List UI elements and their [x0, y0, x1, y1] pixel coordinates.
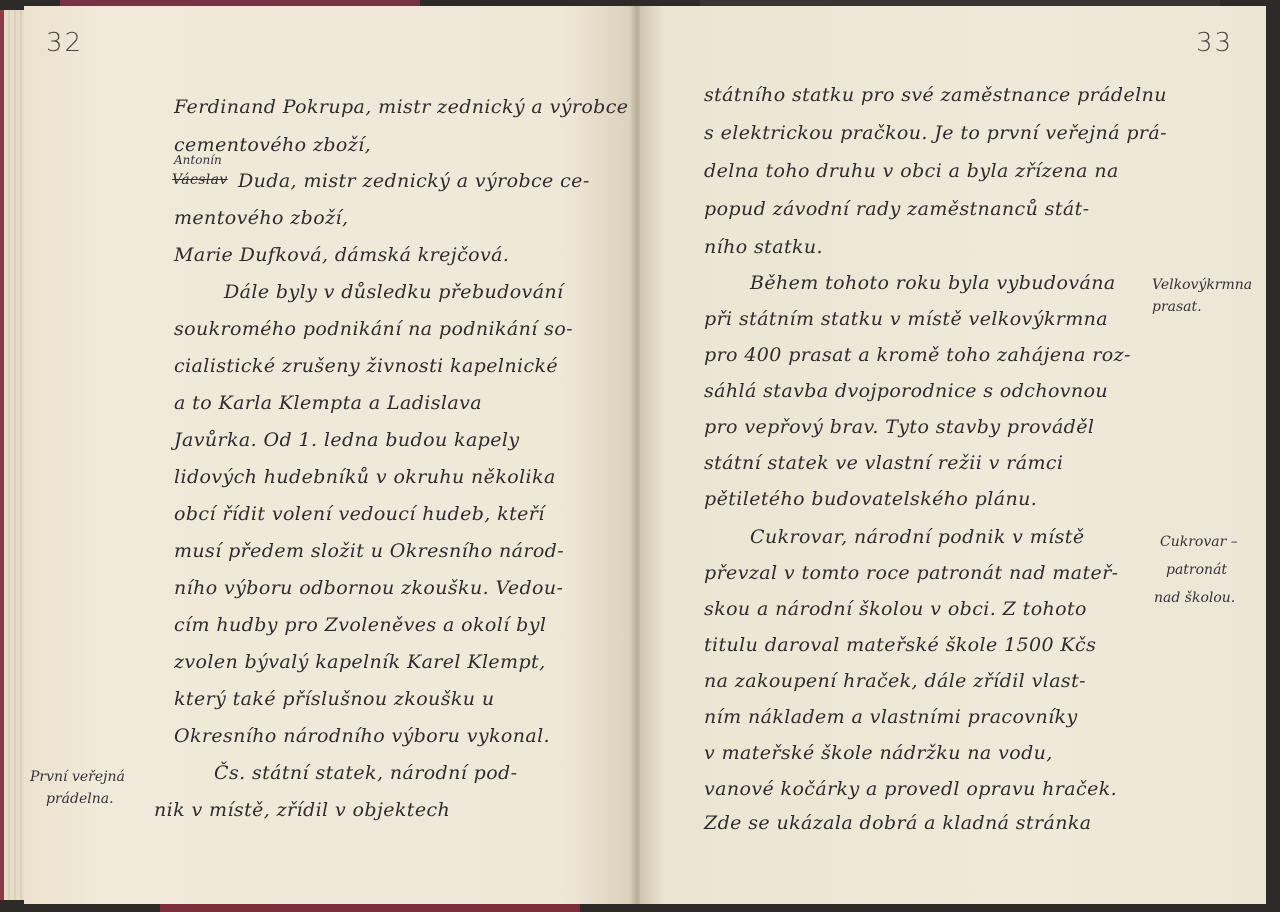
text-line: na zakoupení hraček, dále zřídil vlast- — [704, 670, 1086, 692]
text-line: Ferdinand Pokrupa, mistr zednický a výro… — [174, 96, 628, 118]
text-line: a to Karla Klempta a Ladislava — [174, 392, 482, 414]
text-line: Během tohoto roku byla vybudována — [750, 272, 1116, 294]
margin-note-line: Cukrovar – — [1160, 528, 1238, 556]
margin-note-line: prádelna. — [30, 788, 125, 810]
text-line: Cukrovar, národní podnik v místě — [750, 526, 1084, 548]
margin-note: První veřejná prádelna. — [30, 766, 125, 810]
text-line: ního výboru odbornou zkoušku. Vedou- — [174, 577, 563, 599]
text-line: zvolen bývalý kapelník Karel Klempt, — [174, 651, 546, 673]
text-line: obcí řídit volení vedoucí hudeb, kteří — [174, 503, 545, 525]
margin-note: Cukrovar – patronát nad školou. — [1160, 528, 1238, 612]
text-line: titulu daroval mateřské škole 1500 Kčs — [704, 634, 1096, 656]
text-line: ního statku. — [704, 236, 823, 258]
struck-word: Vácslav — [172, 172, 228, 188]
right-page: 33 státního statku pro své zaměstnance p… — [640, 6, 1266, 904]
text-line: sáhlá stavba dvojporodnice s odchovnou — [704, 380, 1108, 402]
text-line: delna toho druhu v obci a byla zřízena n… — [704, 160, 1119, 182]
text-line: cialistické zrušeny živnosti kapelnické — [174, 355, 558, 377]
text-line: cím hudby pro Zvoleněves a okolí byl — [174, 614, 546, 636]
inserted-correction: Antonín — [174, 153, 222, 167]
page-number: 32 — [46, 28, 83, 58]
margin-note: Velkovýkrmna prasat. — [1152, 274, 1252, 318]
margin-note-line: První veřejná — [30, 766, 125, 788]
text-line: soukromého podnikání na podnikání so- — [174, 318, 573, 340]
open-book: 32 Ferdinand Pokrupa, mistr zednický a v… — [0, 6, 1272, 904]
text-line: Zde se ukázala dobrá a kladná stránka — [704, 812, 1091, 834]
text-line: vanové kočárky a provedl opravu hraček. — [704, 778, 1117, 800]
text-line: nik v místě, zřídil v objektech — [154, 799, 450, 821]
text-line: státní statek ve vlastní režii v rámci — [704, 452, 1063, 474]
text-line: s elektrickou pračkou. Je to první veřej… — [704, 122, 1167, 144]
text-line: ním nákladem a vlastními pracovníky — [704, 706, 1078, 728]
text-line: Marie Dufková, dámská krejčová. — [174, 244, 509, 266]
text-line: Duda, mistr zednický a výrobce ce- — [238, 170, 590, 192]
text-line: Čs. státní statek, národní pod- — [214, 762, 517, 784]
text-line: popud závodní rady zaměstnanců stát- — [704, 198, 1089, 220]
text-line: pětiletého budovatelského plánu. — [704, 488, 1037, 510]
text-line: Dále byly v důsledku přebudování — [224, 281, 564, 303]
left-page: 32 Ferdinand Pokrupa, mistr zednický a v… — [24, 6, 636, 904]
text-line: lidových hudebníků v okruhu několika — [174, 466, 556, 488]
text-line: mentového zboží, — [174, 207, 348, 229]
margin-note-line: nad školou. — [1154, 584, 1238, 612]
book-binding-bottom — [160, 904, 580, 912]
page-number: 33 — [1196, 28, 1233, 58]
text-line: skou a národní školou v obci. Z tohoto — [704, 598, 1087, 620]
text-line: státního statku pro své zaměstnance prád… — [704, 84, 1167, 106]
text-line: pro vepřový brav. Tyto stavby prováděl — [704, 416, 1094, 438]
text-line: který také příslušnou zkoušku u — [174, 688, 494, 710]
margin-note-line: patronát — [1160, 556, 1238, 584]
text-line: pro 400 prasat a kromě toho zahájena roz… — [704, 344, 1131, 366]
text-line: při státním statku v místě velkovýkrmna — [704, 308, 1108, 330]
text-line: Okresního národního výboru vykonal. — [174, 725, 550, 747]
text-line: v mateřské škole nádržku na vodu, — [704, 742, 1053, 764]
text-line: musí předem složit u Okresního národ- — [174, 540, 564, 562]
text-line: Javůrka. Od 1. ledna budou kapely — [174, 429, 520, 451]
text-line: převzal v tomto roce patronát nad mateř- — [704, 562, 1118, 584]
margin-note-line: Velkovýkrmna — [1152, 274, 1252, 296]
margin-note-line: prasat. — [1152, 296, 1252, 318]
